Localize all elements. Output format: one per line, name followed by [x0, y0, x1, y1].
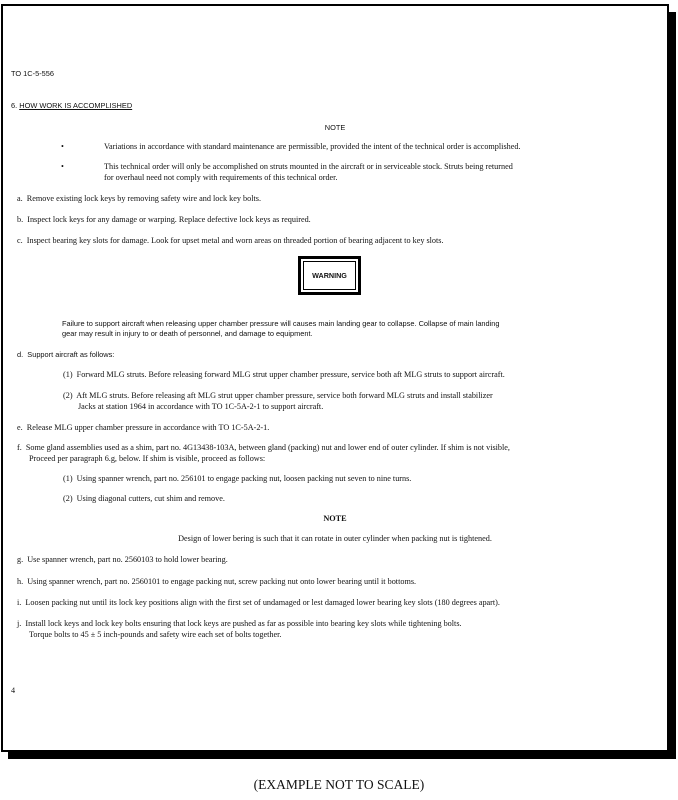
- step-d: d. Support aircraft as follows:: [17, 350, 114, 359]
- step-g: g. Use spanner wrench, part no. 2560103 …: [17, 555, 228, 564]
- note-label: NOTE: [3, 123, 667, 132]
- bullet-icon: •: [61, 162, 64, 171]
- step-c: c. Inspect bearing key slots for damage.…: [17, 236, 444, 245]
- note-label: NOTE: [3, 514, 667, 523]
- doc-number: TO 1C-5-556: [11, 69, 54, 78]
- bullet-icon: •: [61, 142, 64, 151]
- step-d-1: (1) Forward MLG struts. Before releasing…: [63, 370, 505, 379]
- section-title: HOW WORK IS ACCOMPLISHED: [19, 101, 132, 110]
- note-text: Design of lower bering is such that it c…: [3, 534, 667, 543]
- warning-text-cont: gear may result in injury to or death of…: [62, 329, 313, 338]
- step-f-cont: Proceed per paragraph 6.g, below. If shi…: [29, 454, 265, 463]
- step-f-2: (2) Using diagonal cutters, cut shim and…: [63, 494, 225, 503]
- step-d-2-cont: Jacks at station 1964 in accordance with…: [78, 402, 323, 411]
- document-page: TO 1C-5-556 6. HOW WORK IS ACCOMPLISHED …: [1, 4, 669, 752]
- step-h: h. Using spanner wrench, part no. 256010…: [17, 577, 416, 586]
- warning-text: Failure to support aircraft when releasi…: [62, 319, 500, 328]
- step-f: f. Some gland assemblies used as a shim,…: [17, 443, 510, 452]
- step-e: e. Release MLG upper chamber pressure in…: [17, 423, 269, 432]
- step-i: i. Loosen packing nut until its lock key…: [17, 598, 500, 607]
- step-f-1: (1) Using spanner wrench, part no. 25610…: [63, 474, 411, 483]
- figure-caption: (EXAMPLE NOT TO SCALE): [0, 777, 678, 793]
- step-j-cont: Torque bolts to 45 ± 5 inch-pounds and s…: [29, 630, 281, 639]
- page-number: 4: [11, 686, 15, 695]
- step-a: a. Remove existing lock keys by removing…: [17, 194, 261, 203]
- section-number: 6.: [11, 101, 17, 110]
- note-bullet-text-cont: for overhaul need not comply with requir…: [104, 173, 338, 182]
- step-b: b. Inspect lock keys for any damage or w…: [17, 215, 311, 224]
- page-shadow-right: [668, 12, 676, 758]
- note-bullet-text: Variations in accordance with standard m…: [104, 142, 521, 151]
- warning-box: WARNING: [298, 256, 361, 295]
- step-j: j. Install lock keys and lock key bolts …: [17, 619, 462, 628]
- section-heading: 6. HOW WORK IS ACCOMPLISHED: [11, 101, 132, 110]
- note-bullet-text: This technical order will only be accomp…: [104, 162, 513, 171]
- step-d-2: (2) Aft MLG struts. Before releasing aft…: [63, 391, 493, 400]
- warning-label: WARNING: [303, 261, 356, 290]
